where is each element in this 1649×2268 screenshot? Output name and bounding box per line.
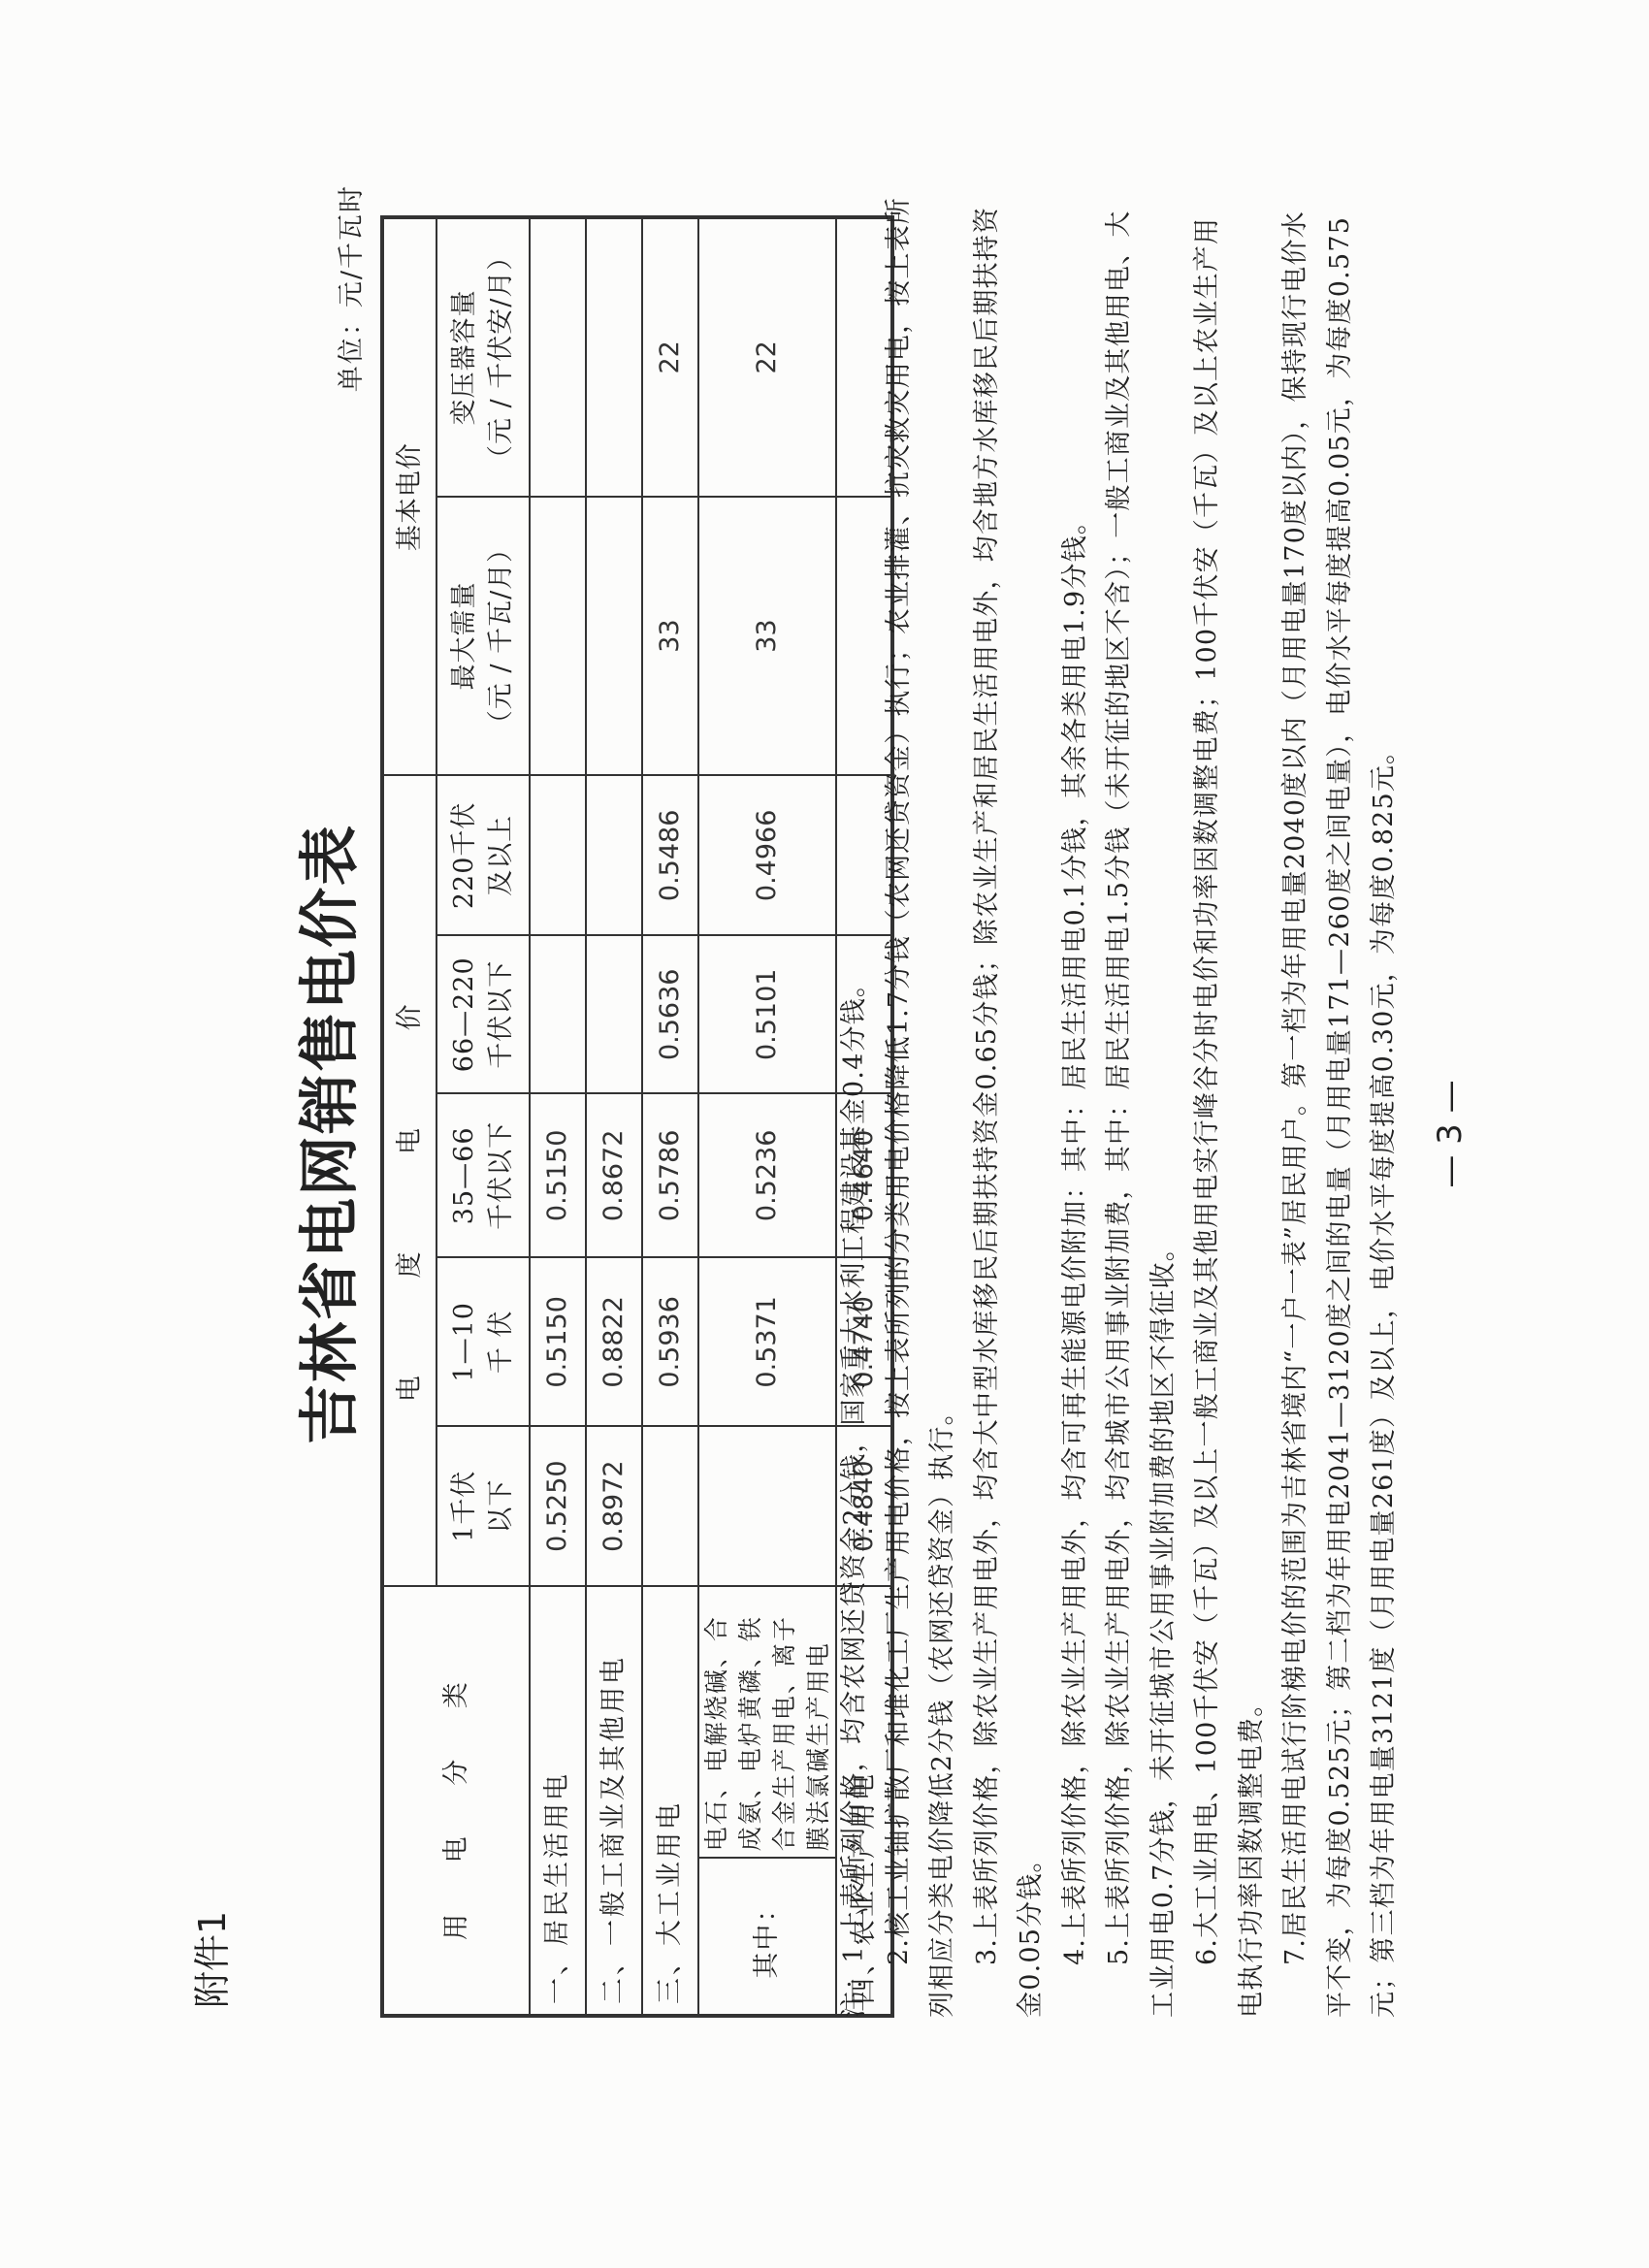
price-cell: 0.5236 (698, 1093, 836, 1257)
voltage-col-2-header: 35—66 千伏以下 (436, 1093, 530, 1257)
table-row: 一、居民生活用电0.52500.51500.5150 (530, 217, 586, 2016)
category-sub-description: 电石、电解烧碱、合成氨、电炉黄磷、铁合金生产用电、离子膜法氯碱生产用电 (698, 1586, 836, 1858)
price-cell: 33 (698, 497, 836, 776)
price-cell: 0.5371 (698, 1258, 836, 1427)
price-cell (530, 935, 586, 1093)
document-page: 附件1 吉林省电网销售电价表 单位：元/千瓦时 用 电 分 类 电 度 电 价 … (0, 0, 1649, 2268)
voltage-col-1-header: 1—10 千 伏 (436, 1258, 530, 1427)
basic-col-0-header: 最大需量 （元 / 千瓦/月） (436, 497, 530, 776)
price-cell: 0.5250 (530, 1426, 586, 1586)
category-sub-label: 其中： (698, 1858, 836, 2016)
price-cell (586, 497, 642, 776)
price-cell: 0.8672 (586, 1093, 642, 1257)
category-cell: 二、一般工商业及其他用电 (586, 1586, 642, 2016)
price-cell: 0.8822 (586, 1258, 642, 1427)
note-paragraph: 5.上表所列价格，除农业生产用电外，均含城市公用事业附加费，其中：居民生活用电1… (1097, 194, 1185, 2018)
voltage-col-0-header: 1千伏 以下 (436, 1426, 530, 1586)
category-cell: 三、大工业用电 (642, 1586, 698, 2016)
page-number: — 3 — (1431, 0, 1470, 2268)
price-cell (530, 217, 586, 497)
category-cell: 一、居民生活用电 (530, 1586, 586, 2016)
note-paragraph: 2.核工业铀扩散厂和堆化工厂生产用电价格，按上表所列的分类用电价格降低1.7分钱… (877, 194, 965, 2018)
attachment-label: 附件1 (182, 1911, 236, 2008)
price-cell: 0.5486 (642, 775, 698, 935)
price-cell: 0.5936 (642, 1258, 698, 1427)
price-cell: 0.5150 (530, 1258, 586, 1427)
price-cell: 0.5786 (642, 1093, 698, 1257)
note-paragraph: 3.上表所列价格，除农业生产用电外，均含大中型水库移民后期扶持资金0.65分钱；… (965, 194, 1053, 2018)
price-cell (530, 775, 586, 935)
price-cell (530, 497, 586, 776)
note-paragraph: 7.居民生活用电试行阶梯电价的范围为吉林省境内“一户一表”居民用户。第一档为年用… (1274, 194, 1406, 2018)
price-cell (698, 1426, 836, 1586)
category-header: 用 电 分 类 (382, 1586, 530, 2016)
price-cell: 33 (642, 497, 698, 776)
price-cell: 0.5101 (698, 935, 836, 1093)
price-cell: 0.5150 (530, 1093, 586, 1257)
price-table: 用 电 分 类 电 度 电 价 基本电价 1千伏 以下1—10 千 伏35—66… (380, 215, 894, 2018)
price-cell: 0.8972 (586, 1426, 642, 1586)
price-cell: 22 (698, 217, 836, 497)
price-cell: 0.4966 (698, 775, 836, 935)
table-row: 其中：电石、电解烧碱、合成氨、电炉黄磷、铁合金生产用电、离子膜法氯碱生产用电0.… (698, 217, 836, 2016)
table-row: 二、一般工商业及其他用电0.89720.88220.8672 (586, 217, 642, 2016)
price-cell: 22 (642, 217, 698, 497)
note-paragraph: 6.大工业用电、100千伏安（千瓦）及以上一般工商业及其他用电实行峰谷分时电价和… (1185, 194, 1274, 2018)
price-cell (642, 1426, 698, 1586)
voltage-col-4-header: 220千伏 及以上 (436, 775, 530, 935)
price-cell (586, 935, 642, 1093)
price-cell: 0.5636 (642, 935, 698, 1093)
basic-price-header: 基本电价 (382, 217, 436, 775)
price-cell (586, 217, 642, 497)
note-paragraph: 注：1.上表所列价格，均含农网还贷资金2分钱，国家重大水利工程建设基金0.4分钱… (832, 194, 877, 2018)
notes-section: 注：1.上表所列价格，均含农网还贷资金2分钱，国家重大水利工程建设基金0.4分钱… (832, 194, 1406, 2018)
price-cell (586, 775, 642, 935)
note-paragraph: 4.上表所列价格，除农业生产用电外，均含可再生能源电价附加：其中：居民生活用电0… (1053, 194, 1098, 2018)
voltage-col-3-header: 66—220 千伏以下 (436, 935, 530, 1093)
energy-price-header: 电 度 电 价 (382, 775, 436, 1586)
table-row: 三、大工业用电0.59360.57860.56360.54863322 (642, 217, 698, 2016)
header-row-1: 用 电 分 类 电 度 电 价 基本电价 (382, 217, 436, 2016)
unit-label: 单位：元/千瓦时 (330, 184, 368, 392)
basic-col-1-header: 变压器容量 （元 / 千伏安/月） (436, 217, 530, 497)
